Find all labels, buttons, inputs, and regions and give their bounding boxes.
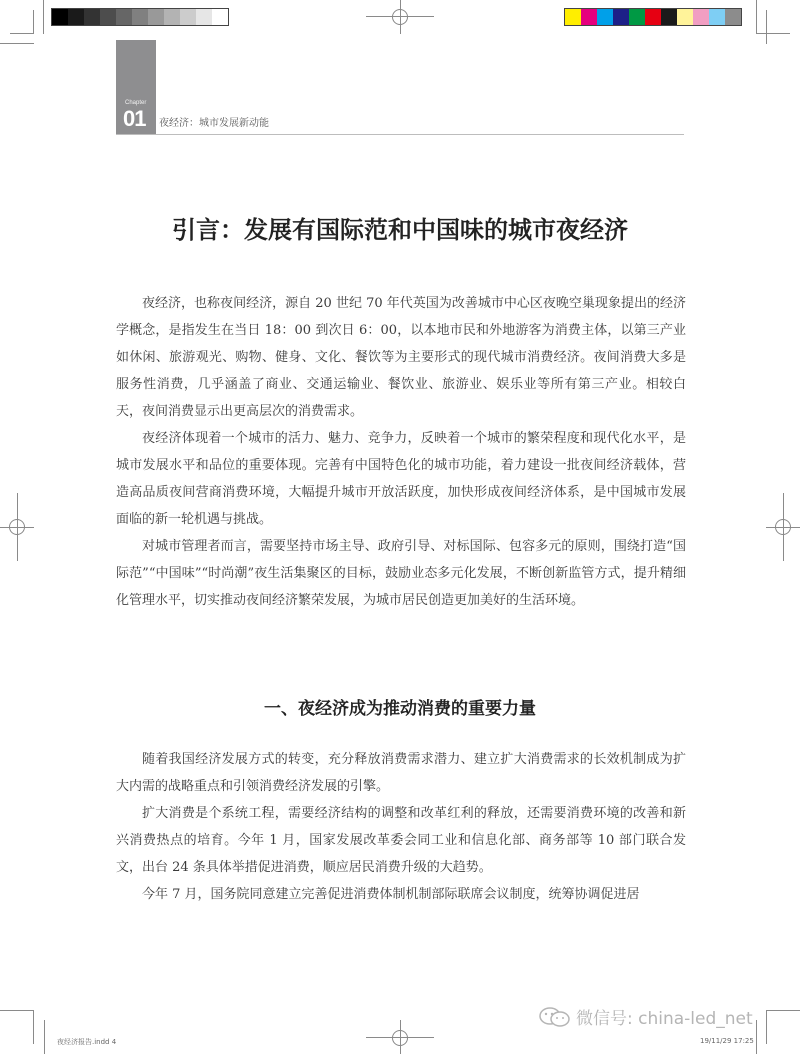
header-divider — [116, 134, 684, 135]
color-swatch — [132, 9, 148, 25]
section-heading: 一、夜经济成为推动消费的重要力量 — [0, 694, 800, 719]
color-swatch — [52, 9, 68, 25]
file-name: 夜经济报告.indd 4 — [57, 1037, 116, 1047]
paragraph: 夜经济，也称夜间经济，源自 20 世纪 70 年代英国为改善城市中心区夜晚空巢现… — [116, 290, 686, 425]
color-swatch — [693, 9, 709, 25]
wechat-watermark: 微信号: china-led_net — [538, 1004, 753, 1029]
color-swatch — [565, 9, 581, 25]
color-swatch — [629, 9, 645, 25]
color-swatch — [116, 9, 132, 25]
color-swatch — [677, 9, 693, 25]
color-swatch — [597, 9, 613, 25]
color-swatch — [84, 9, 100, 25]
page-title: 引言：发展有国际范和中国味的城市夜经济 — [0, 210, 800, 245]
color-swatch — [709, 9, 725, 25]
color-swatch — [661, 9, 677, 25]
color-swatch — [180, 9, 196, 25]
wechat-icon — [538, 1006, 572, 1028]
color-swatch — [196, 9, 212, 25]
color-swatch — [68, 9, 84, 25]
print-timestamp: 19/11/29 17:25 — [700, 1037, 754, 1045]
paragraph: 随着我国经济发展方式的转变，充分释放消费需求潜力、建立扩大消费需求的长效机制成为… — [116, 746, 686, 800]
paragraph: 夜经济体现着一个城市的活力、魅力、竞争力，反映着一个城市的繁荣程度和现代化水平，… — [116, 425, 686, 533]
chapter-tab: Chapter 01 — [116, 40, 156, 134]
color-swatch — [164, 9, 180, 25]
color-swatch — [581, 9, 597, 25]
watermark-text: 微信号: china-led_net — [576, 1004, 753, 1029]
color-swatch — [613, 9, 629, 25]
intro-body: 夜经济，也称夜间经济，源自 20 世纪 70 年代英国为改善城市中心区夜晚空巢现… — [116, 290, 686, 614]
color-calibration-bar — [564, 8, 742, 26]
paragraph: 今年 7 月，国务院同意建立完善促进消费体制机制部际联席会议制度，统筹协调促进居 — [116, 881, 686, 908]
grayscale-calibration-bar — [51, 8, 229, 26]
section-body: 随着我国经济发展方式的转变，充分释放消费需求潜力、建立扩大消费需求的长效机制成为… — [116, 746, 686, 908]
color-swatch — [212, 9, 228, 25]
color-swatch — [645, 9, 661, 25]
color-swatch — [725, 9, 741, 25]
chapter-number: 01 — [123, 106, 145, 132]
paragraph: 扩大消费是个系统工程，需要经济结构的调整和改革红利的释放，还需要消费环境的改善和… — [116, 800, 686, 881]
color-swatch — [148, 9, 164, 25]
paragraph: 对城市管理者而言，需要坚持市场主导、政府引导、对标国际、包容多元的原则，围绕打造… — [116, 533, 686, 614]
running-title: 夜经济：城市发展新动能 — [159, 114, 269, 129]
color-swatch — [100, 9, 116, 25]
